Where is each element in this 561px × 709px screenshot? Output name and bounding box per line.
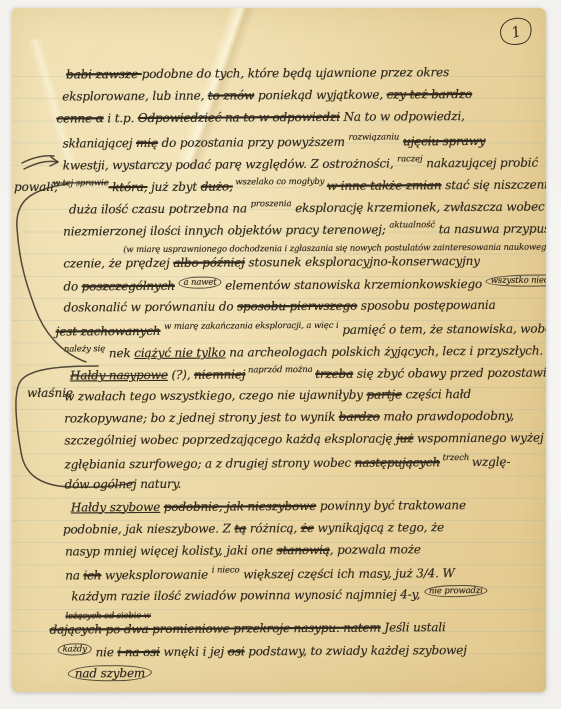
manuscript-line-21: Hałdy szybowe podobnie, jak nieszybowe p… (71, 497, 546, 522)
handwriting-segment: ta nasuwa przypusz- (435, 222, 546, 237)
handwriting-segment: mało prawdopodobny, (380, 409, 514, 424)
manuscript-line-7: duża ilość czasu potrzebna na proszenia … (69, 198, 546, 223)
handwriting-segment: naprzód można (245, 365, 315, 375)
handwriting-segment: na archeologach polskich żyjących, lecz … (226, 344, 544, 360)
manuscript-line-4: skłaniającej mię do pozostania przy powy… (63, 131, 546, 156)
handwriting-segment: już zbyt (147, 180, 200, 194)
handwriting-segment: a nawet (178, 276, 221, 288)
handwriting-segment: cenne α (56, 112, 103, 126)
manuscript-line-11: do poszczególnych a nawet elementów stan… (63, 275, 546, 300)
manuscript-line-19: zgłębiania szurfowego; a z drugiej stron… (64, 453, 546, 478)
margin-note-powali: powali, (14, 180, 58, 194)
handwriting-segment: do pozostania przy powyższem (158, 134, 349, 149)
handwriting-segment: to znów (208, 89, 254, 103)
handwriting-segment: następujących (355, 455, 440, 470)
manuscript-line-10: czenie, że prędzej albo później stosunek… (63, 253, 546, 278)
manuscript-line-8: niezmierzonej ilości innych objektów pra… (63, 220, 546, 245)
handwriting-segment: na (65, 568, 83, 582)
manuscript-line-29: nad szybem (68, 663, 546, 688)
manuscript-line-16: w zwałach tego wszystkiego, czego nie uj… (64, 386, 546, 411)
manuscript-line-6: w tej sprawie która, już zbyt dużo, wsze… (53, 175, 546, 200)
revision-arrow-icon (50, 157, 58, 166)
handwriting-segment: niezmierzonej ilości innych objektów pra… (63, 223, 389, 239)
handwriting-segment: sposobu pierwszego (237, 299, 357, 314)
manuscript-line-23: nasyp mniej więcej kolisty, jaki one sta… (65, 541, 546, 566)
handwriting-segment: podobnie, jak nieszybowe. Z (63, 521, 235, 536)
handwriting-segment: podobnie, jak nieszybowe (164, 499, 316, 514)
handwriting-segment: raczej (397, 154, 422, 164)
handwriting-segment: pamięć o tem, że stanowiska, wobec krzem… (339, 321, 546, 337)
handwriting-segment: rozwiązaniu (348, 132, 399, 142)
handwriting-segment: należy się (64, 344, 105, 354)
handwriting-segment: podobne do tych, które będą ujawnione pr… (142, 65, 449, 81)
manuscript-scan: { "page": { "number": "1", "paper_color"… (0, 0, 561, 709)
page-number: 1 (509, 22, 523, 42)
handwriting-segment: wyeksplorowanie (101, 568, 212, 583)
handwriting-segment: elementów stanowiska krzemionkowskiego (221, 277, 485, 293)
handwriting-segment: rozkopywane; bo z jednej strony jest to … (64, 410, 339, 426)
handwriting-segment: zgłębiania szurfowego; a z drugiej stron… (64, 456, 354, 472)
handwriting-segment: każdym razie ilość zwiadów powinna wynos… (71, 588, 424, 604)
handwriting-segment: poniekąd wyjątkowe, (254, 88, 387, 103)
handwriting-segment: nasyp mniej więcej kolisty, jaki one (65, 543, 277, 558)
handwriting-segment: dających po dwa promieniowe przekroje na… (49, 620, 339, 636)
handwriting-segment: skłaniającej (63, 136, 137, 150)
handwriting-segment: partje (367, 387, 402, 401)
handwriting-segment: nad szybem (68, 665, 152, 682)
handwriting-segment: ujęciu sprawy (403, 133, 486, 148)
manuscript-line-22: podobnie, jak nieszybowe. Z tą różnicą, … (63, 519, 546, 544)
handwriting-segment: szczególniej wobec poprzedzającego każdą… (64, 431, 396, 447)
handwriting-segment: w odpowiedzi (255, 110, 340, 125)
handwriting-segment: się zbyć obawy przed pozostawieniem (353, 366, 546, 381)
handwriting-segment: Odpowiedzieć na to (138, 111, 255, 126)
handwriting-segment: trzeba (315, 367, 353, 381)
handwriting-segment: i t.p. (104, 111, 138, 125)
handwriting-segment: stać się niszczeniem. Z (441, 177, 546, 192)
handwriting-segment: leżących od siebie w (65, 610, 150, 621)
manuscript-line-12: doskonalić w porównaniu do sposobu pierw… (64, 297, 546, 322)
manuscript-line-18: szczególniej wobec poprzedzającego każdą… (64, 431, 546, 456)
paper-sheet: 1 powali, właśnie babi zawsze podobne do… (12, 8, 546, 692)
handwriting-segment: tą (234, 521, 246, 535)
handwriting-segment: nek (105, 346, 134, 360)
manuscript-line-17: rozkopywane; bo z jednej strony jest to … (64, 408, 546, 433)
manuscript-line-20: dów ogólnej natury. (65, 475, 546, 500)
handwriting-segment: stanowią (277, 543, 330, 557)
handwriting-segment: , pozwala może (330, 542, 421, 557)
manuscript-line-25: każdym razie ilość zwiadów powinna wynos… (71, 586, 546, 611)
handwriting-segment: poszczególnych (82, 278, 175, 293)
handwriting-segment: i nieco (212, 566, 240, 576)
handwriting-segment: wszystko niedawne, (486, 274, 546, 287)
handwriting-segment: (?), (168, 368, 194, 382)
manuscript-line-14: należy się nek ciążyć nie tylko na arche… (64, 342, 546, 367)
manuscript-line-1: babi zawsze podobne do tych, które będą … (66, 65, 546, 90)
handwriting-segment: w inne także zmian (327, 178, 442, 193)
manuscript-line-27: dających po dwa promieniowe przekroje na… (49, 619, 546, 644)
handwriting-segment: kwestji, wystarczy podać parę względów. … (63, 156, 398, 172)
manuscript-line-28: każdy nie i na osi wnęki i jej osi podst… (58, 641, 546, 666)
handwriting-segment: mię (136, 135, 158, 149)
handwriting-segment: wnęki i jej (160, 644, 228, 658)
handwriting-segment: już (396, 431, 413, 445)
handwriting-segment: części hałd (402, 387, 471, 401)
handwriting-segment: i na osi (117, 645, 159, 659)
handwriting-segment: eksplorowane, lub inne, (62, 89, 208, 104)
handwriting-segment: w tej sprawie (53, 178, 109, 188)
revision-arrow-icon (22, 156, 54, 163)
revision-arrow-icon (24, 161, 58, 169)
handwriting-segment: wynikającą z tego, że (314, 520, 444, 535)
handwriting-segment: albo później (173, 255, 245, 269)
handwriting-segment: Na to w odpowiedzi, (340, 109, 465, 124)
handwriting-segment: nie (92, 645, 118, 659)
handwriting-segment: jest zachowanych (56, 324, 161, 339)
handwriting-segment: różnicą, (246, 521, 301, 535)
manuscript-text: babi zawsze podobne do tych, które będą … (62, 65, 546, 689)
handwriting-segment: w miarę zakańczania eksploracji, a więc … (164, 321, 339, 332)
manuscript-line-13: jest zachowanych w miarę zakańczania eks… (56, 320, 546, 345)
handwriting-segment: czy też bardzo (387, 87, 472, 102)
handwriting-segment: doskonalić w porównaniu do (64, 299, 238, 314)
handwriting-segment: eksplorację krzemionek, zwłaszcza wobec (291, 200, 544, 216)
manuscript-line-15: Hałdy nasypowe (?), niemniej naprzód moż… (70, 364, 546, 389)
handwriting-segment: większej części ich masy, już 3/4. W (240, 566, 455, 581)
handwriting-segment: Jeśli ustali (381, 620, 446, 634)
handwriting-segment: duża ilość czasu potrzebna na (69, 201, 251, 216)
handwriting-segment: natem (340, 620, 381, 634)
handwriting-segment: powinny być traktowane (316, 498, 466, 513)
handwriting-segment: trzech (440, 453, 472, 463)
manuscript-line-3: cenne α i t.p. Odpowiedzieć na to w odpo… (56, 109, 546, 134)
margin-note-text: powali, (14, 180, 58, 194)
handwriting-segment: że (301, 521, 314, 535)
handwriting-segment: ciążyć nie tylko (134, 346, 225, 361)
handwriting-segment: babi (66, 67, 92, 81)
handwriting-segment: Hałdy szybowe (71, 499, 160, 514)
handwriting-segment: Hałdy nasypowe (70, 368, 168, 383)
handwriting-segment: w zwałach tego wszystkiego, czego nie uj… (64, 387, 367, 403)
handwriting-segment: ich (83, 568, 101, 582)
handwriting-segment: sposobu postępowania (357, 298, 495, 313)
manuscript-line-5: kwestji, wystarczy podać parę względów. … (63, 153, 546, 178)
handwriting-segment: bardzo (339, 409, 380, 423)
handwriting-segment: stosunek eksploracyjno-konserwacyjny (245, 253, 480, 268)
handwriting-segment: dużo, (201, 179, 233, 193)
page-number-badge: 1 (497, 15, 535, 49)
handwriting-segment: proszenia (251, 199, 292, 209)
handwriting-segment: podstawy, to zwiady każdej szybowej (244, 643, 466, 658)
handwriting-segment: która, (109, 180, 148, 194)
manuscript-line-2: eksplorowane, lub inne, to znów poniekąd… (62, 87, 546, 112)
handwriting-segment: dów ogólnej natury. (65, 477, 182, 492)
handwriting-segment (175, 278, 179, 292)
handwriting-segment: osi (228, 644, 245, 658)
handwriting-segment: nie prowadzi (424, 585, 488, 597)
handwriting-segment: niemniej (194, 368, 245, 382)
handwriting-segment: aktualność (389, 221, 435, 231)
handwriting-segment: nakazującej probić (423, 155, 539, 170)
handwriting-segment: zawsze (92, 67, 142, 81)
handwriting-segment: czenie, że prędzej (63, 255, 173, 270)
handwriting-segment: każdy (58, 643, 92, 655)
handwriting-segment: wspomnianego wyżej (413, 431, 543, 446)
handwriting-segment: wzglę- (472, 455, 510, 469)
handwriting-segment: wszelako co mogłyby (233, 177, 327, 188)
handwriting-segment: do (63, 279, 81, 293)
